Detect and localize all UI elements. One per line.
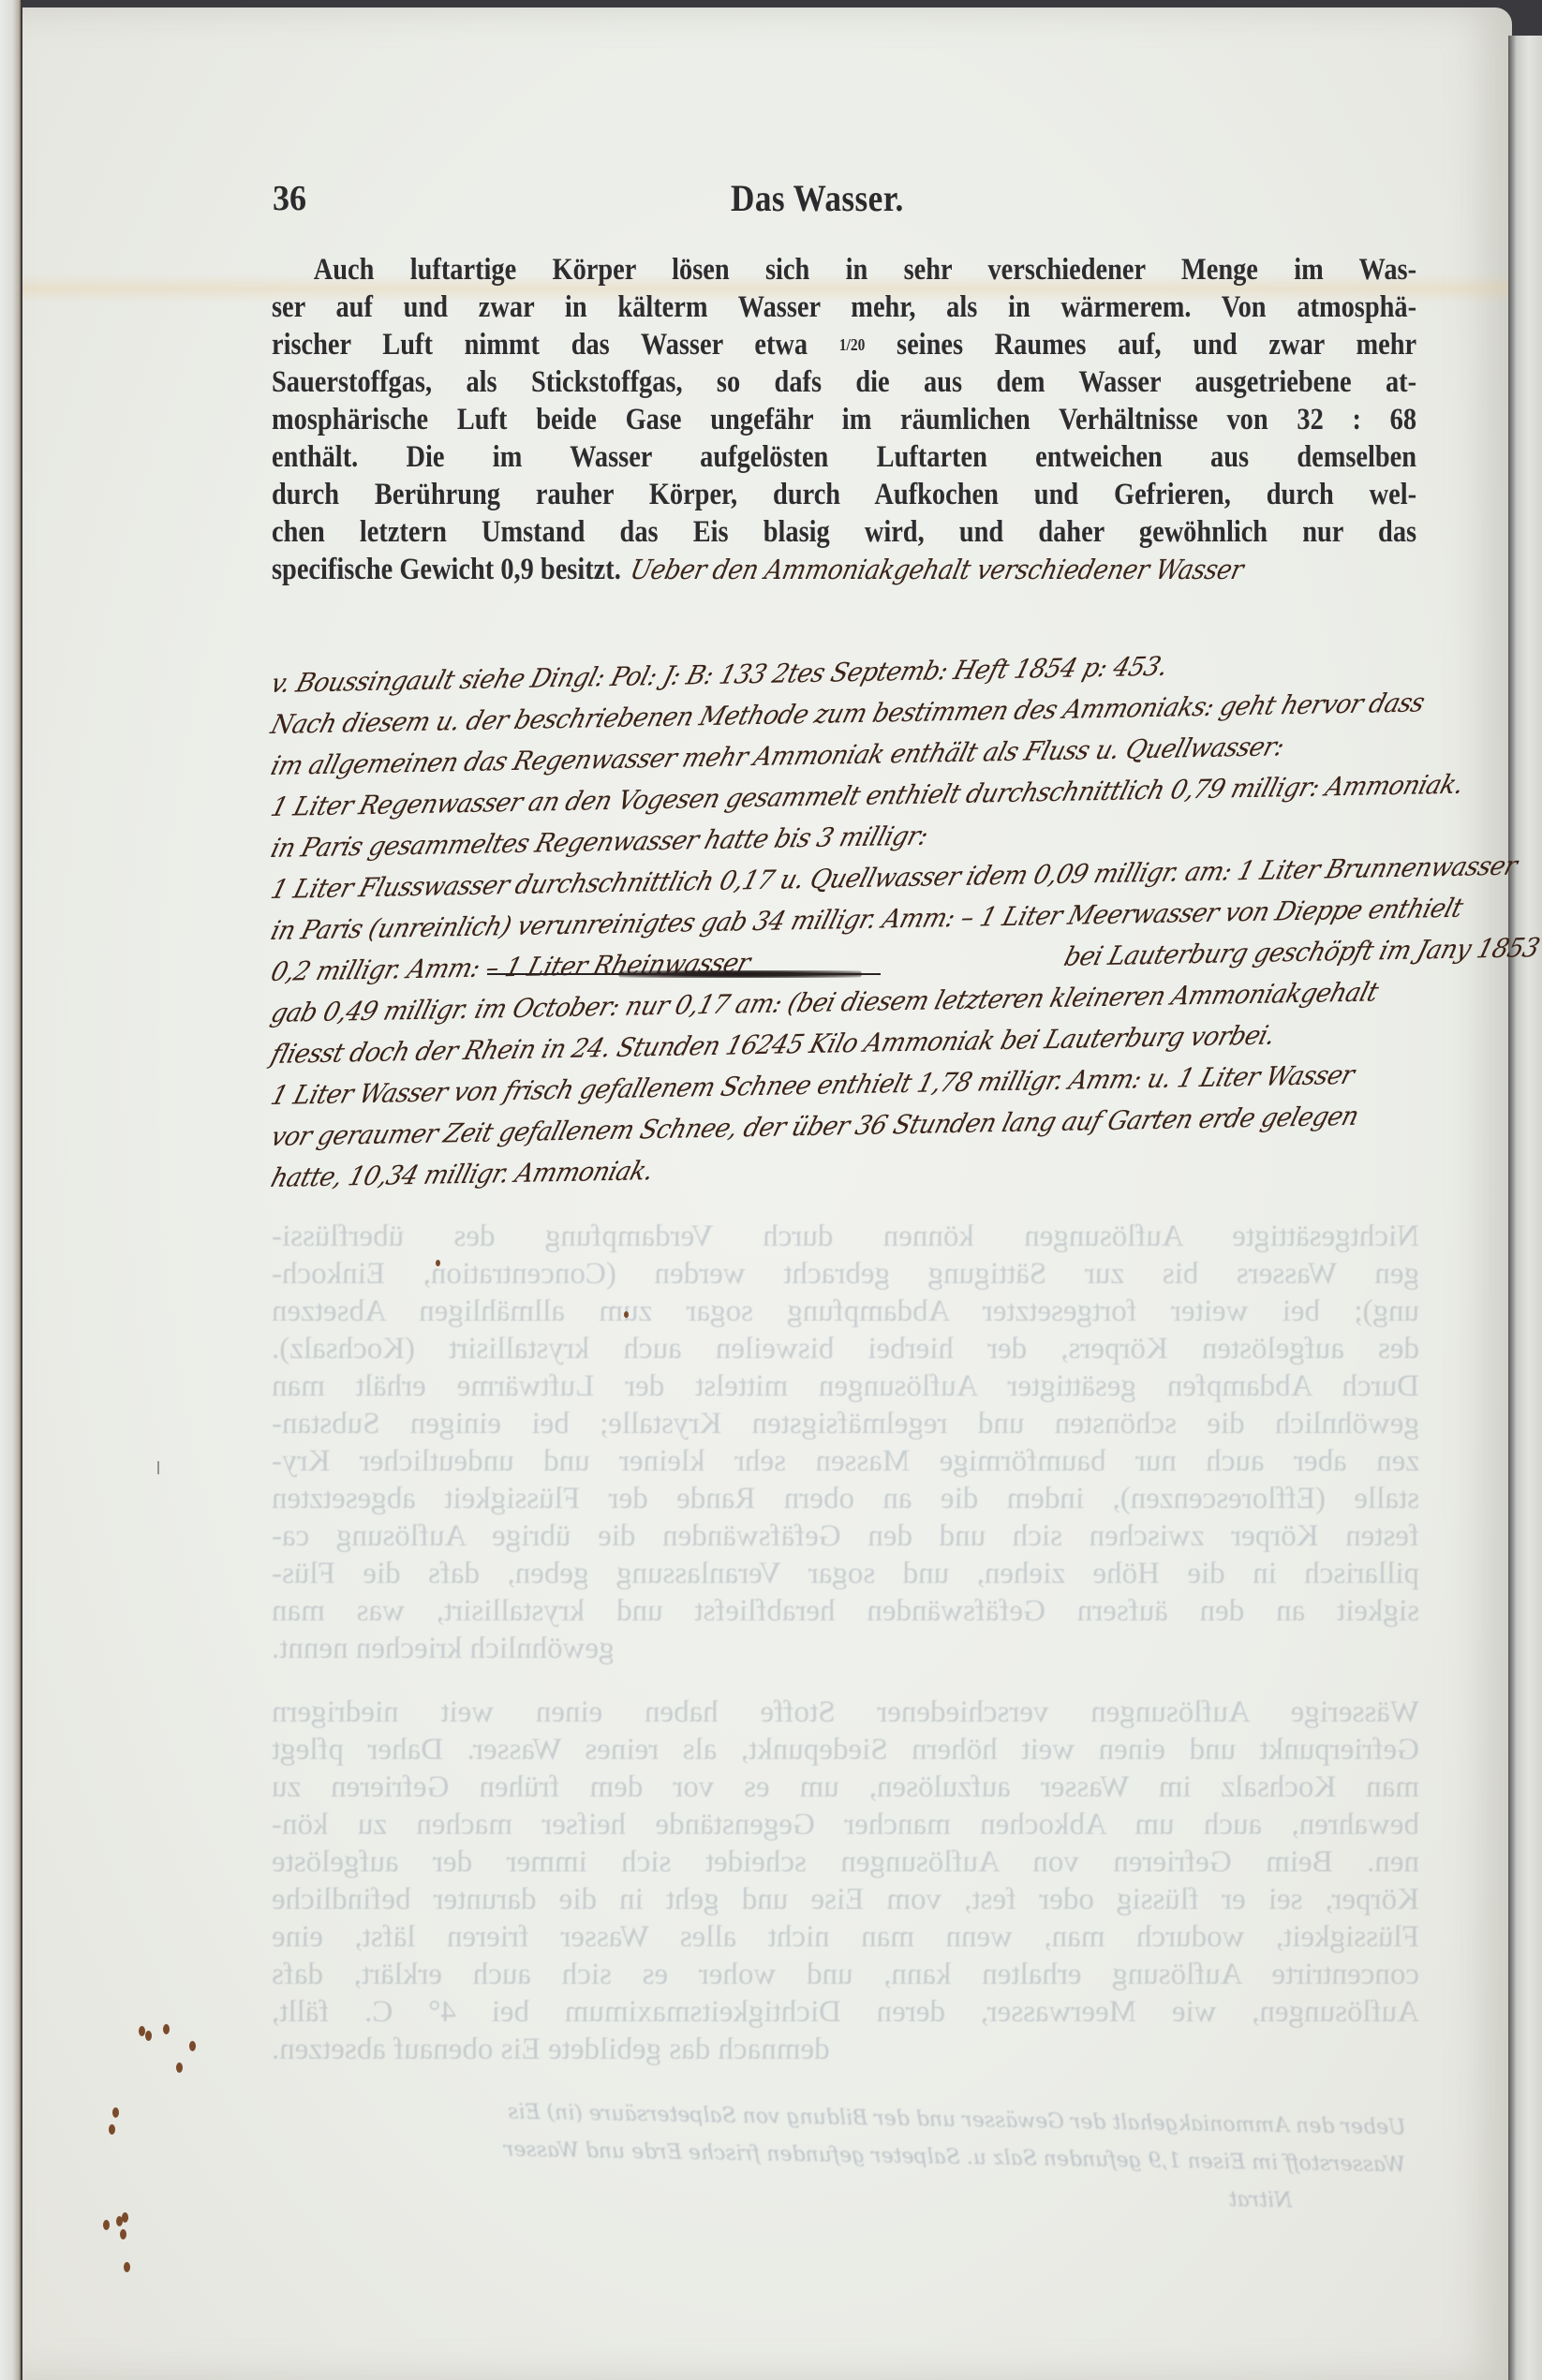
foxing-spot bbox=[436, 1260, 440, 1266]
scanned-page-image: 36 Das Wasser. Auch luftartige Körper lö… bbox=[0, 0, 1542, 2380]
printed-line: chen letztern Umstand das Eis blasig wir… bbox=[272, 513, 1416, 551]
printed-line: Sauerstoffgas, als Stickstoffgas, so daf… bbox=[272, 363, 1416, 401]
bleed-line: pillarisch in die Höhe ziehen, und sogar… bbox=[272, 1555, 1419, 1592]
bleed-line: zen aber auch nur baumförmige Massen seh… bbox=[272, 1442, 1419, 1480]
bleed-line: Wässerige Auflösungen verschiedener Stof… bbox=[272, 1693, 1419, 1731]
next-leaf-edge bbox=[1508, 36, 1542, 2380]
foxing-spot bbox=[124, 2262, 130, 2272]
printed-line: Auch luftartige Körper lösen sich in seh… bbox=[272, 251, 1416, 288]
foxing-spot bbox=[112, 2107, 119, 2118]
printed-line: durch Berührung rauher Körper, durch Auf… bbox=[272, 476, 1416, 513]
foxing-spot bbox=[145, 2031, 152, 2041]
bleed-line: concentrirte Auflösung erhalten kann, un… bbox=[272, 1956, 1419, 1993]
bleed-line: Körper, sei er flüssig oder fest, vom Ei… bbox=[272, 1881, 1419, 1918]
foxing-spot bbox=[624, 1311, 629, 1318]
bleed-line: Gefrierpunkt und einen weit höhern Siede… bbox=[272, 1731, 1419, 1768]
bleed-line: bewahren, auch um Abkochen mancher Gegen… bbox=[272, 1806, 1419, 1843]
bleed-line: stalle (Efflorescenzen), indem die an ob… bbox=[272, 1480, 1419, 1517]
running-title: Das Wasser. bbox=[731, 176, 904, 220]
printed-line: rischer Luft nimmt das Wasser etwa 1/20 … bbox=[272, 326, 1416, 363]
handwritten-segment: 0,2 milligr. Amm: – 1 Liter Rheinwasser bbox=[268, 947, 754, 987]
foxing-spot bbox=[103, 2220, 110, 2230]
bleed-through-text: Nichtgesättigte Auflösungen können durch… bbox=[272, 1218, 1419, 2068]
bleed-line: gewöhnlich kriechen nennt. bbox=[272, 1630, 1419, 1667]
handwritten-inline-note: Ueber den Ammoniakgehalt verschiedener W… bbox=[627, 551, 1247, 588]
printed-line-start: rischer Luft nimmt das Wasser etwa bbox=[272, 328, 808, 362]
foxing-spot bbox=[122, 2212, 128, 2223]
bleed-line: Durch Abdampfen gesättigter Auflösungen … bbox=[272, 1367, 1419, 1405]
printed-line-end: seines Raumes auf, und zwar mehr bbox=[897, 328, 1416, 362]
bleed-line: Nichtgesättigte Auflösungen können durch… bbox=[272, 1218, 1419, 1255]
printed-paragraph: Auch luftartige Körper lösen sich in seh… bbox=[272, 251, 1419, 588]
printed-line: enthält. Die im Wasser aufgelösten Lufta… bbox=[272, 438, 1416, 476]
bleed-line: Auflösungen, wie Meerwasser, deren Dicht… bbox=[272, 1993, 1419, 2031]
foxing-spot bbox=[163, 2024, 170, 2034]
previous-page-edge bbox=[0, 0, 21, 2380]
page-header: 36 Das Wasser. bbox=[272, 178, 1433, 225]
foxing-spot bbox=[139, 2026, 145, 2036]
printed-line-text: specifische Gewicht 0,9 besitzt. bbox=[272, 553, 621, 586]
bleed-line: demnach das gebildete Eis obenauf absetz… bbox=[272, 2031, 1419, 2068]
bleed-line: festen Körper zwischen sich und den Gefä… bbox=[272, 1517, 1419, 1555]
printed-line: ser auf und zwar in kälterm Wasser mehr,… bbox=[272, 288, 1416, 326]
printed-line: specifische Gewicht 0,9 besitzt. Ueber d… bbox=[272, 551, 1416, 588]
fraction: 1/20 bbox=[839, 335, 866, 354]
printed-line: mosphärische Luft beide Gase ungefähr im… bbox=[272, 401, 1416, 438]
foxing-spot bbox=[120, 2229, 126, 2240]
margin-mark bbox=[157, 1461, 159, 1474]
bleed-line: ung); bei weiter fortgesetzter Abdampfun… bbox=[272, 1293, 1419, 1330]
bleed-line: Flüssigkeit, wodurch man, wenn man nicht… bbox=[272, 1918, 1419, 1956]
bleed-line: man Kochsalz im Wasser aufzulösen, um es… bbox=[272, 1768, 1419, 1806]
bleed-line: des aufgelösten Körpers, der hierbei bis… bbox=[272, 1330, 1419, 1367]
bleed-line: gen Wassers bis zur Sättigung gebracht w… bbox=[272, 1255, 1419, 1293]
foxing-spot bbox=[189, 2041, 196, 2051]
foxing-spot bbox=[176, 2062, 183, 2073]
bleed-through-handwriting: Ueber den Ammoniakgehalt der Gewässer un… bbox=[74, 2087, 1406, 2223]
page-number: 36 bbox=[273, 178, 306, 219]
bleed-line: sigkeit an den äufsern Gefäfswänden hera… bbox=[272, 1592, 1419, 1630]
handwritten-annotation: v. Boussingault siehe Dingl: Pol: J: B: … bbox=[272, 663, 1452, 1199]
foxing-spot bbox=[109, 2124, 115, 2135]
ink-blot-stroke bbox=[618, 970, 862, 978]
bleed-line: gewöhnlich die schönsten und regelmäfsig… bbox=[272, 1405, 1419, 1442]
bleed-line: nen. Beim Gefrieren von Auflösungen sche… bbox=[272, 1843, 1419, 1881]
